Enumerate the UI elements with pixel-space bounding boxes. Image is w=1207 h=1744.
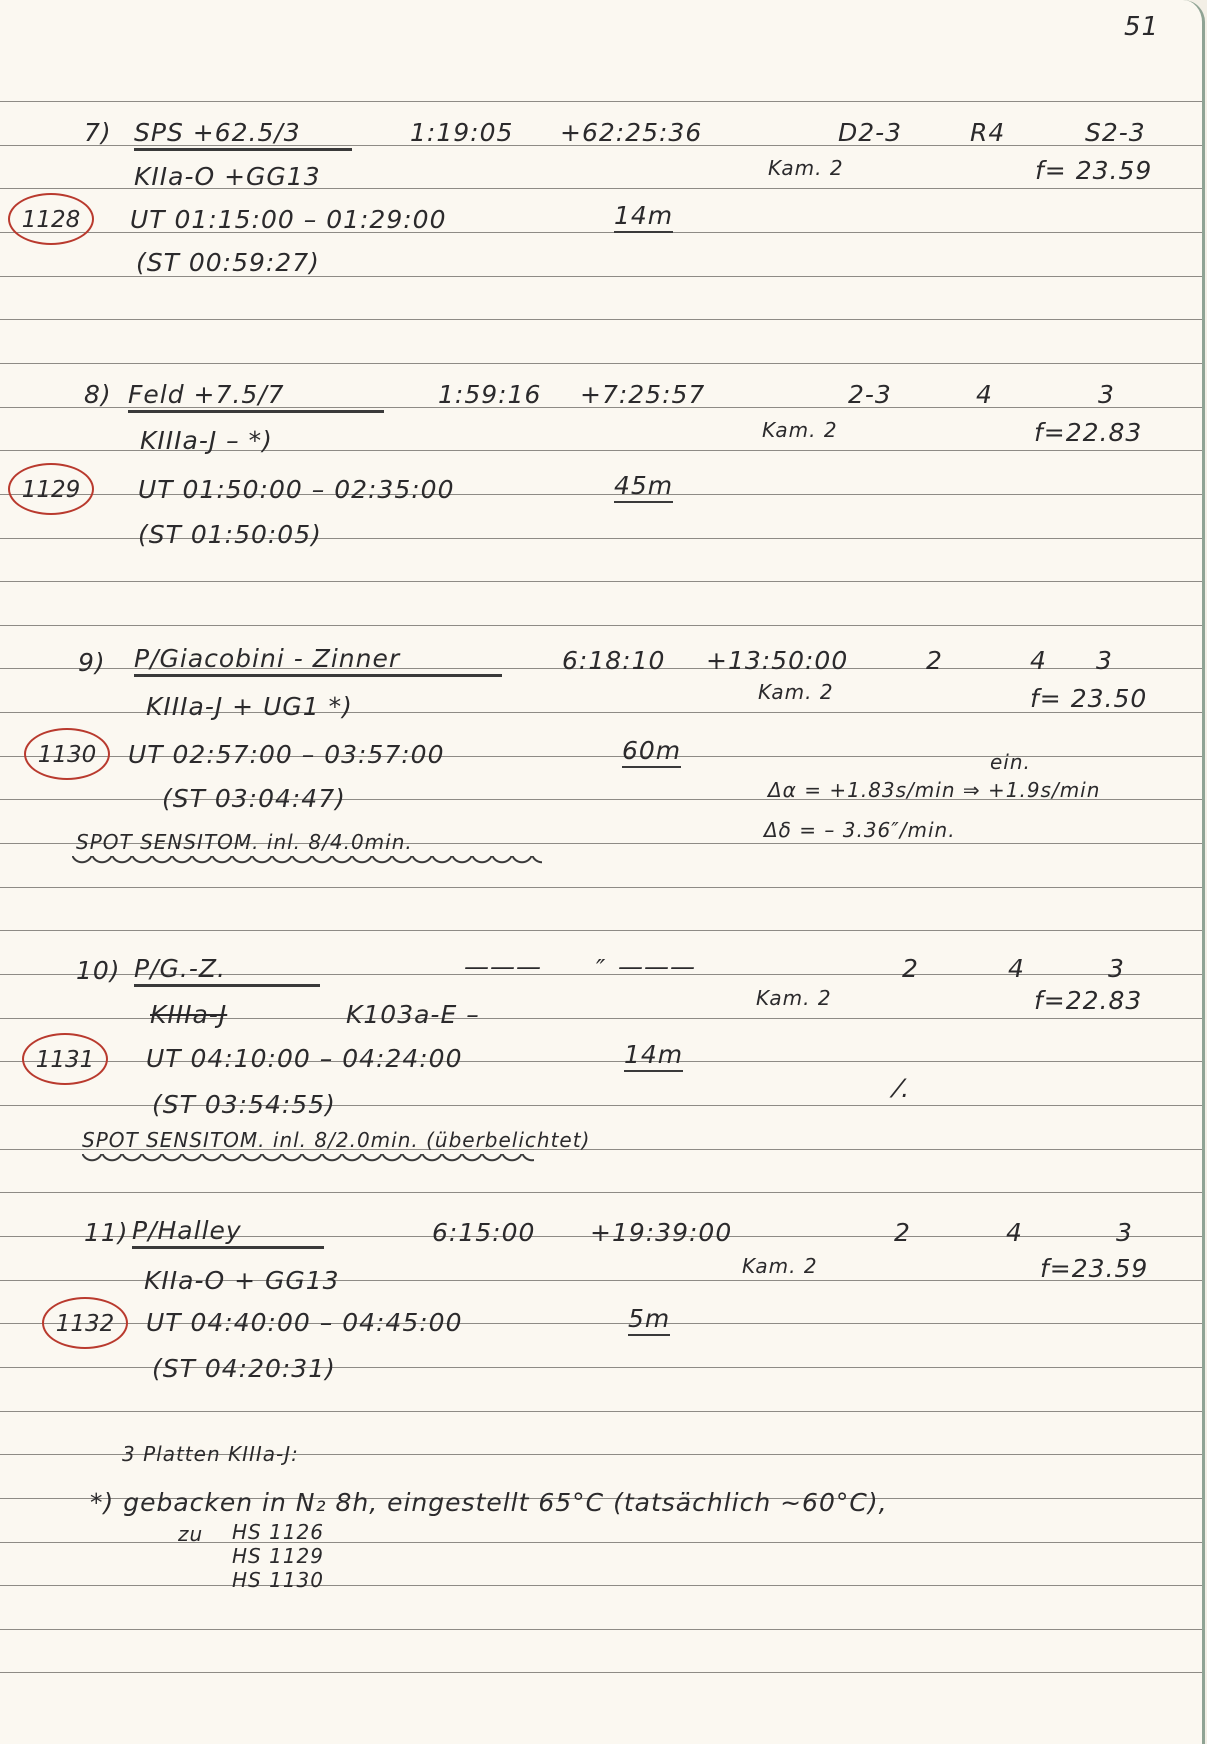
ruled-line xyxy=(0,1672,1202,1673)
plate-number: 1129 xyxy=(10,477,92,503)
right-ascension: 6:18:10 xyxy=(562,648,665,673)
right-ascension: 1:59:16 xyxy=(438,382,541,407)
plate-number: 1128 xyxy=(10,207,92,233)
plate-emulsion-struck: KIIIa-J xyxy=(150,1002,227,1027)
ruled-line xyxy=(0,625,1202,626)
plate-number-circle: 1131 xyxy=(22,1033,108,1085)
rating-value: 4 xyxy=(1006,1220,1023,1245)
entry-index: 7) xyxy=(84,120,112,145)
footnote-plate: HS 1130 xyxy=(232,1570,324,1590)
object-name: SPS +62.5/3 xyxy=(134,120,352,151)
camera: Kam. 2 xyxy=(758,682,834,702)
page-number: 51 xyxy=(1124,14,1159,40)
footnote-to-label: zu xyxy=(178,1524,203,1544)
declination: +62:25:36 xyxy=(560,120,702,145)
sensitometer-note: SPOT SENSITOM. inl. 8/2.0min. (überbelic… xyxy=(82,1130,590,1150)
entry-index: 9) xyxy=(78,650,106,675)
focus-value: f=23.59 xyxy=(1040,1256,1148,1281)
exposure-time: 60m xyxy=(622,738,681,768)
entry-index: 10) xyxy=(76,958,121,983)
ruled-line xyxy=(0,581,1202,582)
right-ascension: 1:19:05 xyxy=(410,120,513,145)
footnote-plate: HS 1129 xyxy=(232,1546,324,1566)
focus-value: f= 23.59 xyxy=(1035,158,1152,183)
seeing-value: 2 xyxy=(926,648,943,673)
camera: Kam. 2 xyxy=(768,158,844,178)
footnote-heading: 3 Platten KIIIa-J: xyxy=(122,1444,299,1464)
sky-value: 3 xyxy=(1096,648,1113,673)
seeing-value: 2-3 xyxy=(848,382,892,407)
ruled-line xyxy=(0,101,1202,102)
object-name: P/G.-Z. xyxy=(134,956,320,987)
sensitometer-note: SPOT SENSITOM. inl. 8/4.0min. xyxy=(76,832,413,852)
plate-emulsion: KIIIa-J – *) xyxy=(140,428,273,453)
ditto-mark: ″ xyxy=(596,956,606,981)
focus-value: f=22.83 xyxy=(1034,988,1142,1013)
entry-index: 8) xyxy=(84,382,112,407)
ruled-line xyxy=(0,1192,1202,1193)
sidereal-time: (ST 00:59:27) xyxy=(136,250,320,275)
plate-number-circle: 1132 xyxy=(42,1297,128,1349)
sky-value: 3 xyxy=(1116,1220,1133,1245)
plate-number: 1131 xyxy=(24,1047,106,1073)
exposure-time: 5m xyxy=(628,1306,670,1336)
object-name: Feld +7.5/7 xyxy=(128,382,384,413)
sidereal-time: (ST 03:54:55) xyxy=(152,1092,336,1117)
seeing-value: D2-3 xyxy=(838,120,902,145)
motion-dec: Δδ = – 3.36″/min. xyxy=(764,820,956,840)
declination-ditto: ——— xyxy=(618,954,696,979)
rating-value: 4 xyxy=(1030,648,1047,673)
seeing-value: 2 xyxy=(894,1220,911,1245)
camera: Kam. 2 xyxy=(762,420,838,440)
ut-range: UT 04:10:00 – 04:24:00 xyxy=(146,1046,462,1071)
rating-value: 4 xyxy=(976,382,993,407)
footnote-plate: HS 1126 xyxy=(232,1522,324,1542)
plate-emulsion: KIIa-O +GG13 xyxy=(134,164,321,189)
not-applicable-mark: ⁄. xyxy=(896,1076,910,1101)
rating-value: 4 xyxy=(1008,956,1025,981)
sky-value: 3 xyxy=(1098,382,1115,407)
declination: +19:39:00 xyxy=(590,1220,732,1245)
wavy-underline xyxy=(72,856,542,870)
entry-index: 11) xyxy=(84,1220,129,1245)
ruled-line xyxy=(0,319,1202,320)
sky-value: S2-3 xyxy=(1085,120,1146,145)
ruled-line xyxy=(0,887,1202,888)
plate-number-circle: 1130 xyxy=(24,728,110,780)
footnote-text: *) gebacken in N₂ 8h, eingestellt 65°C (… xyxy=(90,1490,888,1515)
ruled-line xyxy=(0,1585,1202,1586)
focus-value: f= 23.50 xyxy=(1030,686,1147,711)
camera: Kam. 2 xyxy=(742,1256,818,1276)
plate-number-circle: 1128 xyxy=(8,193,94,245)
sidereal-time: (ST 01:50:05) xyxy=(138,522,322,547)
declination: +7:25:57 xyxy=(580,382,705,407)
camera: Kam. 2 xyxy=(756,988,832,1008)
right-ascension-ditto: ——— xyxy=(464,954,542,979)
object-name: P/Halley xyxy=(132,1218,324,1249)
plate-number-circle: 1129 xyxy=(8,463,94,515)
exposure-time: 14m xyxy=(614,203,673,233)
exposure-time: 14m xyxy=(624,1042,683,1072)
focus-value: f=22.83 xyxy=(1034,420,1142,445)
plate-emulsion: KIIa-O + GG13 xyxy=(144,1268,340,1293)
ut-range: UT 04:40:00 – 04:45:00 xyxy=(146,1310,462,1335)
wavy-underline xyxy=(82,1154,534,1168)
rating-value: R4 xyxy=(970,120,1005,145)
sidereal-time: (ST 03:04:47) xyxy=(162,786,346,811)
ut-range: UT 01:15:00 – 01:29:00 xyxy=(130,207,446,232)
plate-emulsion: K103a-E – xyxy=(346,1002,480,1027)
declination: +13:50:00 xyxy=(706,648,848,673)
motion-setting-label: ein. xyxy=(990,752,1031,772)
ut-range: UT 02:57:00 – 03:57:00 xyxy=(128,742,444,767)
plate-number: 1132 xyxy=(44,1311,126,1337)
object-name: P/Giacobini - Zinner xyxy=(134,646,502,677)
plate-number: 1130 xyxy=(26,742,108,768)
ruled-line xyxy=(0,363,1202,364)
plate-emulsion: KIIIa-J + UG1 *) xyxy=(146,694,353,719)
right-ascension: 6:15:00 xyxy=(432,1220,535,1245)
ruled-line xyxy=(0,1411,1202,1412)
sidereal-time: (ST 04:20:31) xyxy=(152,1356,336,1381)
ruled-line xyxy=(0,930,1202,931)
motion-ra: Δα = +1.83s/min ⇒ +1.9s/min xyxy=(768,780,1100,800)
exposure-time: 45m xyxy=(614,473,673,503)
ut-range: UT 01:50:00 – 02:35:00 xyxy=(138,477,454,502)
sky-value: 3 xyxy=(1108,956,1125,981)
notebook-page: 51 7) SPS +62.5/3 1:19:05 +62:25:36 D2-3… xyxy=(0,0,1205,1744)
ruled-line xyxy=(0,1629,1202,1630)
seeing-value: 2 xyxy=(902,956,919,981)
